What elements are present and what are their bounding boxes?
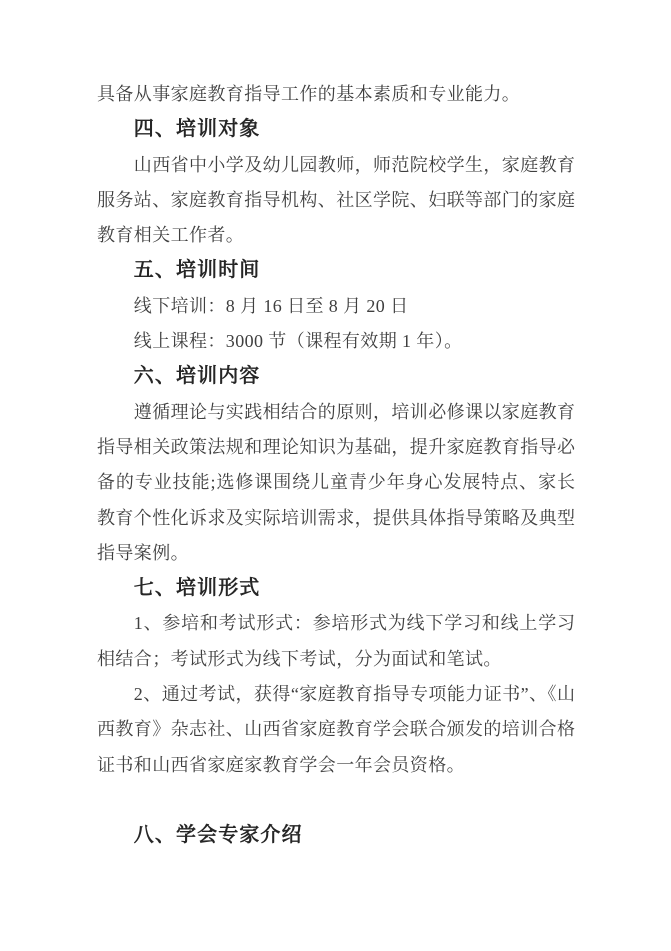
- text-block: 具备从事家庭教育指导工作的基本素质和专业能力。四、培训对象山西省中小学及幼儿园教…: [97, 77, 575, 854]
- paragraph-line: 山西省中小学及幼儿园教师，师范院校学生，家庭教育: [97, 148, 575, 183]
- paragraph-line: 1、参培和考试形式：参培形式为线下学习和线上学习: [97, 606, 575, 641]
- section-heading: 七、培训形式: [97, 571, 575, 606]
- paragraph-line: 服务站、家庭教育指导机构、社区学院、妇联等部门的家庭: [97, 183, 575, 218]
- paragraph-line: 指导案例。: [97, 536, 575, 571]
- paragraph-line: 具备从事家庭教育指导工作的基本素质和专业能力。: [97, 77, 575, 112]
- section-heading: 六、培训内容: [97, 359, 575, 394]
- paragraph-line: 指导相关政策法规和理论知识为基础，提升家庭教育指导必: [97, 430, 575, 465]
- section-heading: 四、培训对象: [97, 112, 575, 147]
- paragraph-line: 教育个性化诉求及实际培训需求，提供具体指导策略及典型: [97, 501, 575, 536]
- blank-line: [97, 783, 575, 818]
- paragraph-line: 相结合；考试形式为线下考试，分为面试和笔试。: [97, 642, 575, 677]
- paragraph-line: 西教育》杂志社、山西省家庭教育学会联合颁发的培训合格: [97, 712, 575, 747]
- paragraph-line: 2、通过考试，获得“家庭教育指导专项能力证书”、《山: [97, 677, 575, 712]
- document-page: 具备从事家庭教育指导工作的基本素质和专业能力。四、培训对象山西省中小学及幼儿园教…: [0, 0, 671, 951]
- paragraph-line: 证书和山西省家庭家教育学会一年会员资格。: [97, 748, 575, 783]
- section-heading: 五、培训时间: [97, 253, 575, 288]
- paragraph-line: 备的专业技能;选修课围绕儿童青少年身心发展特点、家长: [97, 465, 575, 500]
- paragraph-line: 教育相关工作者。: [97, 218, 575, 253]
- paragraph-line: 线上课程：3000 节（课程有效期 1 年）。: [97, 324, 575, 359]
- section-heading: 八、学会专家介绍: [97, 818, 575, 853]
- paragraph-line: 遵循理论与实践相结合的原则，培训必修课以家庭教育: [97, 395, 575, 430]
- paragraph-line: 线下培训：8 月 16 日至 8 月 20 日: [97, 289, 575, 324]
